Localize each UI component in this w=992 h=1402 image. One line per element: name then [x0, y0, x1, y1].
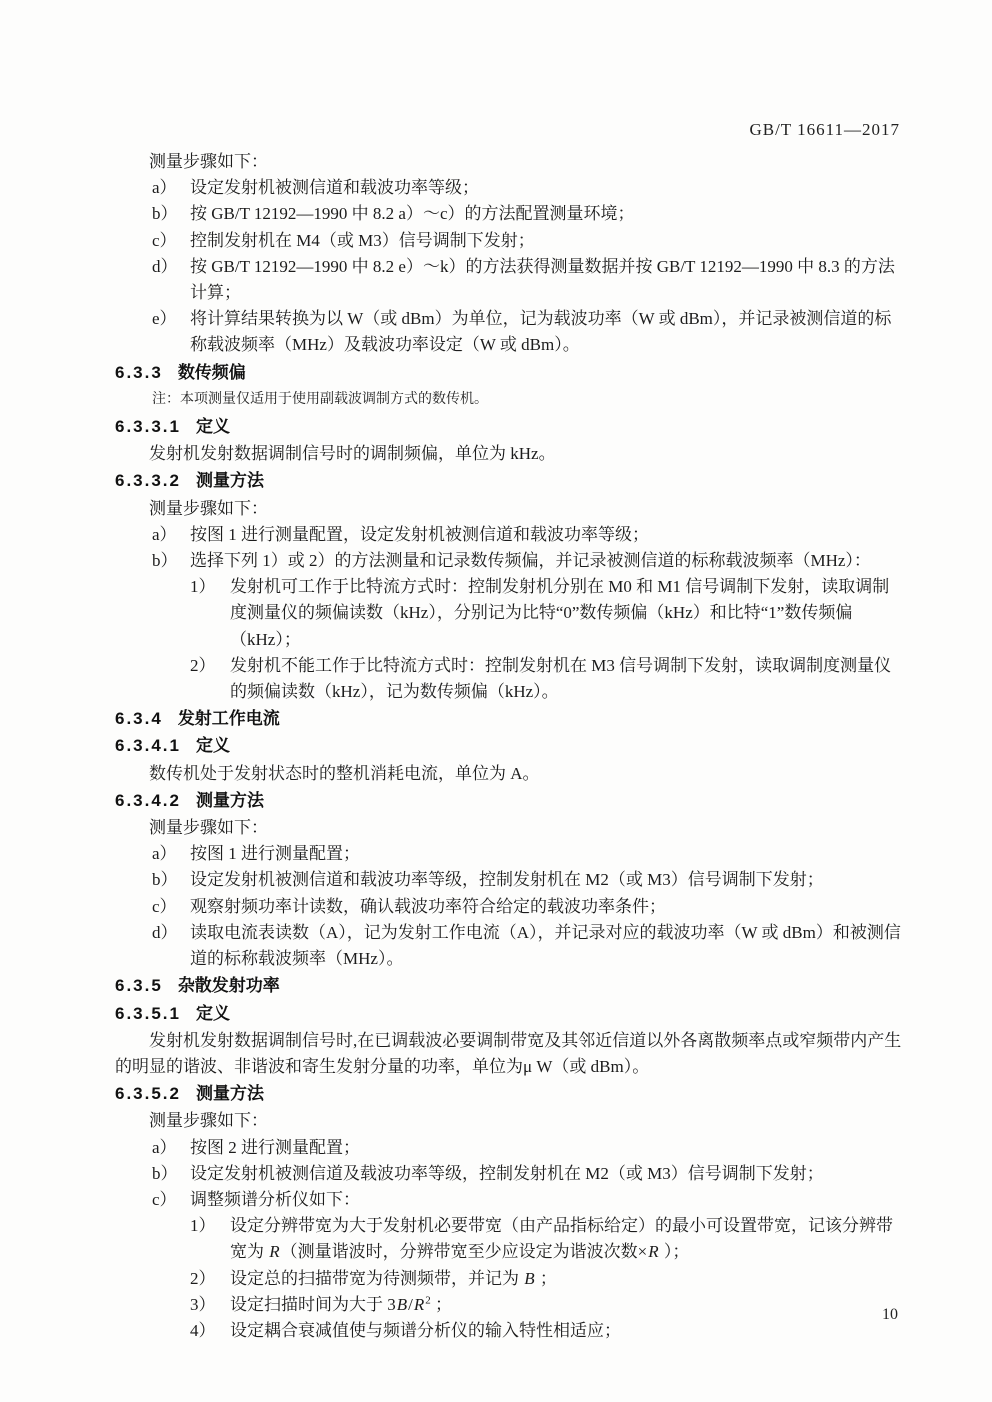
section-heading-6341: 6.3.4.1定义: [115, 733, 902, 759]
math-variable: R: [647, 1242, 659, 1261]
list-marker: c）: [152, 894, 190, 920]
paragraph-lead: 测量步骤如下：: [115, 496, 902, 522]
page-content: 测量步骤如下： a） 设定发射机被测信道和载波功率等级； b） 按 GB/T 1…: [115, 149, 902, 1344]
section-title: 数传频偏: [178, 363, 246, 382]
list-text: 按 GB/T 12192—1990 中 8.2 a）～c）的方法配置测量环境；: [190, 201, 902, 227]
list-item: c） 控制发射机在 M4（或 M3）信号调制下发射；: [152, 228, 902, 254]
section-heading-6331: 6.3.3.1定义: [115, 414, 902, 440]
list-text: 发射机可工作于比特流方式时：控制发射机分别在 M0 和 M1 信号调制下发射，读…: [230, 574, 902, 653]
list-marker: 2）: [190, 1266, 230, 1292]
step-list: a） 按图 1 进行测量配置，设定发射机被测信道和载波功率等级； b） 选择下列…: [152, 522, 902, 574]
list-item: b） 按 GB/T 12192—1990 中 8.2 a）～c）的方法配置测量环…: [152, 201, 902, 227]
section-heading-6351: 6.3.5.1定义: [115, 1001, 902, 1027]
math-variable: B: [396, 1295, 408, 1314]
paragraph-lead: 测量步骤如下：: [115, 149, 902, 175]
section-number: 6.3.5: [115, 976, 163, 995]
list-text: 按图 2 进行测量配置；: [190, 1135, 902, 1161]
standard-number-header: GB/T 16611—2017: [749, 120, 900, 140]
list-text: 设定发射机被测信道及载波功率等级，控制发射机在 M2（或 M3）信号调制下发射；: [190, 1161, 902, 1187]
section-number: 6.3.4: [115, 709, 163, 728]
math-variable: R: [268, 1242, 280, 1261]
page-number: 10: [882, 1306, 898, 1324]
list-text: 设定发射机被测信道和载波功率等级；: [190, 175, 902, 201]
section-title: 发射工作电流: [178, 709, 280, 728]
list-marker: 1）: [190, 574, 230, 653]
text-segment: 设定总的扫描带宽为待测频带，并记为: [230, 1269, 523, 1288]
paragraph-lead: 测量步骤如下：: [115, 815, 902, 841]
list-marker: b）: [152, 1161, 190, 1187]
paragraph-lead: 测量步骤如下：: [115, 1108, 902, 1134]
list-item: a） 按图 1 进行测量配置，设定发射机被测信道和载波功率等级；: [152, 522, 902, 548]
list-marker: b）: [152, 548, 190, 574]
text-segment: ）；: [660, 1242, 690, 1261]
list-text: 观察射频功率计读数，确认载波功率符合给定的载波功率条件；: [190, 894, 902, 920]
math-variable: B: [523, 1269, 535, 1288]
section-heading-634: 6.3.4发射工作电流: [115, 706, 902, 732]
list-marker: 4）: [190, 1318, 230, 1344]
step-list: a） 设定发射机被测信道和载波功率等级； b） 按 GB/T 12192—199…: [152, 175, 902, 358]
step-list: a） 按图 1 进行测量配置； b） 设定发射机被测信道和载波功率等级，控制发射…: [152, 841, 902, 972]
list-marker: e）: [152, 306, 190, 358]
list-item: a） 按图 1 进行测量配置；: [152, 841, 902, 867]
section-title: 定义: [196, 736, 230, 755]
list-text: 控制发射机在 M4（或 M3）信号调制下发射；: [190, 228, 902, 254]
sub-step-list: 1） 设定分辨带宽为大于发射机必要带宽（由产品指标给定）的最小可设置带宽，记该分…: [190, 1213, 902, 1344]
list-text: 按图 1 进行测量配置，设定发射机被测信道和载波功率等级；: [190, 522, 902, 548]
section-heading-6332: 6.3.3.2测量方法: [115, 468, 902, 494]
section-title: 定义: [196, 1004, 230, 1023]
section-title: 杂散发射功率: [178, 976, 280, 995]
section-heading-633: 6.3.3数传频偏: [115, 360, 902, 386]
math-variable: R: [413, 1295, 425, 1314]
section-title: 测量方法: [196, 1084, 264, 1103]
list-item: c） 观察射频功率计读数，确认载波功率符合给定的载波功率条件；: [152, 894, 902, 920]
section-heading-6352: 6.3.5.2测量方法: [115, 1081, 902, 1107]
section-number: 6.3.5.2: [115, 1084, 181, 1103]
list-text: 设定发射机被测信道和载波功率等级，控制发射机在 M2（或 M3）信号调制下发射；: [190, 867, 902, 893]
sub-step-list: 1） 发射机可工作于比特流方式时：控制发射机分别在 M0 和 M1 信号调制下发…: [190, 574, 902, 705]
list-item: b） 设定发射机被测信道及载波功率等级，控制发射机在 M2（或 M3）信号调制下…: [152, 1161, 902, 1187]
list-text: 选择下列 1）或 2）的方法测量和记录数传频偏，并记录被测信道的标称载波频率（M…: [190, 548, 902, 574]
list-marker: a）: [152, 841, 190, 867]
section-title: 测量方法: [196, 791, 264, 810]
list-text: 发射机不能工作于比特流方式时：控制发射机在 M3 信号调制下发射，读取调制度测量…: [230, 653, 902, 705]
list-text: 设定扫描时间为大于 3B/R2 ；: [230, 1292, 902, 1318]
section-title: 定义: [196, 417, 230, 436]
list-text: 调整频谱分析仪如下：: [190, 1187, 902, 1213]
list-item: a） 设定发射机被测信道和载波功率等级；: [152, 175, 902, 201]
list-item: 1） 设定分辨带宽为大于发射机必要带宽（由产品指标给定）的最小可设置带宽，记该分…: [190, 1213, 902, 1265]
section-heading-6342: 6.3.4.2测量方法: [115, 788, 902, 814]
paragraph: 数传机处于发射状态时的整机消耗电流，单位为 A。: [115, 761, 902, 787]
list-item: c） 调整频谱分析仪如下：: [152, 1187, 902, 1213]
list-text: 按图 1 进行测量配置；: [190, 841, 902, 867]
list-item: 2） 设定总的扫描带宽为待测频带，并记为 B ；: [190, 1266, 902, 1292]
step-list: a） 按图 2 进行测量配置； b） 设定发射机被测信道及载波功率等级，控制发射…: [152, 1135, 902, 1214]
section-title: 测量方法: [196, 471, 264, 490]
list-item: d） 按 GB/T 12192—1990 中 8.2 e）～k）的方法获得测量数…: [152, 254, 902, 306]
list-item: 3） 设定扫描时间为大于 3B/R2 ；: [190, 1292, 902, 1318]
list-item: 2） 发射机不能工作于比特流方式时：控制发射机在 M3 信号调制下发射，读取调制…: [190, 653, 902, 705]
paragraph: 发射机发射数据调制信号时的调制频偏，单位为 kHz。: [115, 441, 902, 467]
list-marker: d）: [152, 920, 190, 972]
list-item: 4） 设定耦合衰减值使与频谱分析仪的输入特性相适应；: [190, 1318, 902, 1344]
list-item: b） 设定发射机被测信道和载波功率等级，控制发射机在 M2（或 M3）信号调制下…: [152, 867, 902, 893]
text-segment: （测量谐波时，分辨带宽至少应设定为谐波次数×: [281, 1242, 648, 1261]
list-marker: a）: [152, 522, 190, 548]
list-marker: c）: [152, 1187, 190, 1213]
list-marker: d）: [152, 254, 190, 306]
text-segment: 设定扫描时间为大于 3: [230, 1295, 396, 1314]
list-text: 设定分辨带宽为大于发射机必要带宽（由产品指标给定）的最小可设置带宽，记该分辨带宽…: [230, 1213, 902, 1265]
text-segment: ；: [536, 1269, 557, 1288]
list-text: 按 GB/T 12192—1990 中 8.2 e）～k）的方法获得测量数据并按…: [190, 254, 902, 306]
list-marker: a）: [152, 175, 190, 201]
list-item: d） 读取电流表读数（A），记为发射工作电流（A），并记录对应的载波功率（W 或…: [152, 920, 902, 972]
text-segment: ；: [431, 1295, 452, 1314]
list-marker: c）: [152, 228, 190, 254]
list-item: b） 选择下列 1）或 2）的方法测量和记录数传频偏，并记录被测信道的标称载波频…: [152, 548, 902, 574]
list-marker: 1）: [190, 1213, 230, 1265]
section-heading-635: 6.3.5杂散发射功率: [115, 973, 902, 999]
section-number: 6.3.3: [115, 363, 163, 382]
list-marker: b）: [152, 201, 190, 227]
list-marker: a）: [152, 1135, 190, 1161]
section-number: 6.3.5.1: [115, 1004, 181, 1023]
list-marker: 3）: [190, 1292, 230, 1318]
paragraph: 发射机发射数据调制信号时,在已调载波必要调制带宽及其邻近信道以外各离散频率点或窄…: [115, 1028, 902, 1080]
document-page: GB/T 16611—2017 测量步骤如下： a） 设定发射机被测信道和载波功…: [0, 0, 992, 1402]
list-marker: 2）: [190, 653, 230, 705]
section-number: 6.3.4.2: [115, 791, 181, 810]
list-item: a） 按图 2 进行测量配置；: [152, 1135, 902, 1161]
list-item: 1） 发射机可工作于比特流方式时：控制发射机分别在 M0 和 M1 信号调制下发…: [190, 574, 902, 653]
list-text: 读取电流表读数（A），记为发射工作电流（A），并记录对应的载波功率（W 或 dB…: [190, 920, 902, 972]
list-text: 将计算结果转换为以 W（或 dBm）为单位，记为载波功率（W 或 dBm），并记…: [190, 306, 902, 358]
list-text: 设定耦合衰减值使与频谱分析仪的输入特性相适应；: [230, 1318, 902, 1344]
section-number: 6.3.3.1: [115, 417, 181, 436]
list-text: 设定总的扫描带宽为待测频带，并记为 B ；: [230, 1266, 902, 1292]
note-text: 注：本项测量仅适用于使用副载波调制方式的数传机。: [152, 387, 902, 413]
section-number: 6.3.3.2: [115, 471, 181, 490]
section-number: 6.3.4.1: [115, 736, 181, 755]
list-marker: b）: [152, 867, 190, 893]
list-item: e） 将计算结果转换为以 W（或 dBm）为单位，记为载波功率（W 或 dBm）…: [152, 306, 902, 358]
